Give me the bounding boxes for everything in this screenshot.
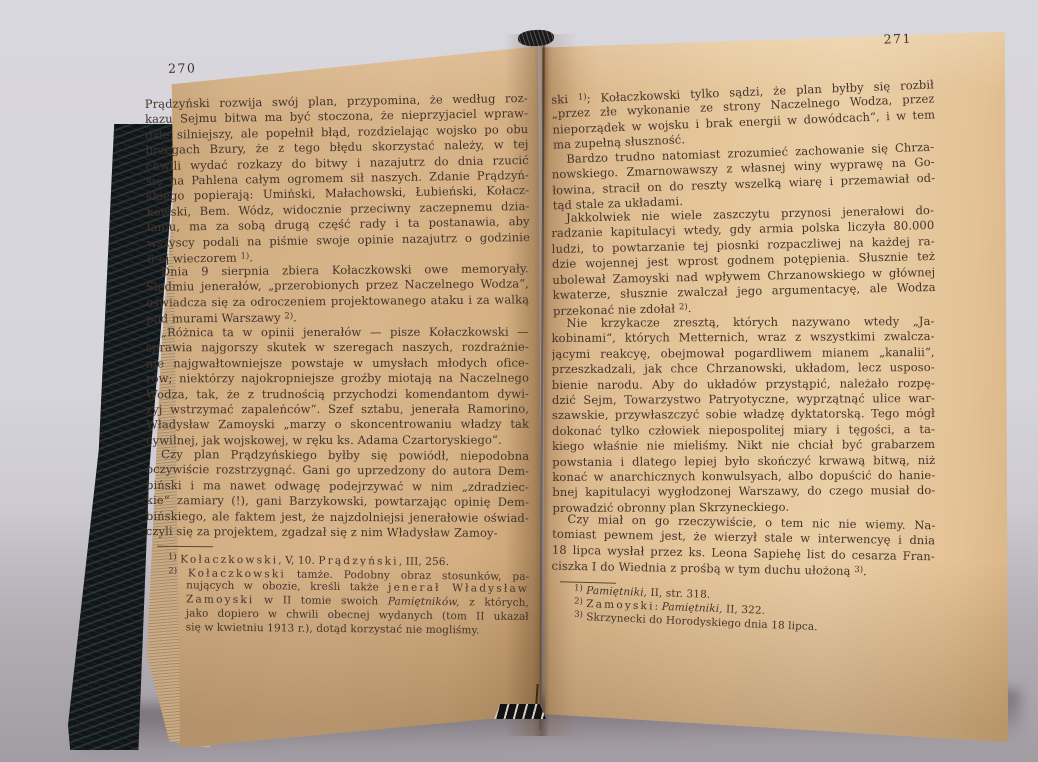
text-line: dzić Sejm, Towarzystwo Patryotyczne, wyp… [552, 391, 935, 408]
footnote-rule [157, 546, 213, 547]
book-photo: 270 Prądzyński rozwija swój plan, przypo… [0, 0, 1038, 762]
text-line: Nie krzykacze zresztą, których nazywano … [551, 314, 934, 331]
text-line: przeszkadzali, jak chce Chrzanowski, ukł… [552, 360, 935, 377]
paragraph: Czy miał on go rzeczywiście, o tem nic n… [551, 512, 935, 580]
text-line: czyli się za projektem, zgadzał się z ni… [146, 524, 529, 541]
left-page-text: 270 Prądzyński rozwija swój plan, przypo… [146, 58, 529, 636]
text-line: Wodza, tak, że z trudnością przychodzi k… [146, 386, 529, 402]
paragraph: Czy plan Prądzyńskiego byłby się powiódł… [146, 447, 529, 541]
paragraph: Bardzo trudno natomiast zrozumieć zachow… [551, 139, 936, 213]
text-line: zyj wstrzymać zapaleńców“. Szef sztabu, … [146, 401, 529, 417]
text-line: sprawia najgorszy skutek w szeregach nas… [146, 340, 529, 356]
text-line: bienie narodu. Aby do układów przystąpić… [552, 375, 935, 392]
text-line: pod murami Warszawy 2). [146, 308, 529, 327]
text-line: dokonać tylko człowiek niepospolitej mia… [552, 422, 935, 439]
text-line: nie najgwałtowniejsze powstaje w umysłac… [146, 355, 529, 371]
paragraph: „Różnica ta w opinii jenerałów — pisze K… [146, 325, 529, 449]
text-line: powstania i dlatego lepiej było skończyć… [552, 452, 935, 469]
text-line: jącymi reakcyę, obejmował pogardliwem mi… [552, 345, 935, 362]
text-line: konać w anarchicznych konwulsyach, albo … [552, 468, 935, 485]
paragraph: Jakkolwiek nie wiele zaszczytu przynosi … [551, 203, 936, 319]
headband-bottom [494, 704, 546, 719]
text-line: bnej kapitulacyi wygłodzonej Warszawy, d… [552, 483, 935, 500]
text-line: rów; niektórzy najokropniejsze groźby mi… [146, 371, 529, 387]
paragraph: Nie krzykacze zresztą, których nazywano … [551, 314, 935, 516]
right-page-text: 271 ski 1); Kołaczkowski tylko sądzi, że… [552, 36, 935, 629]
text-line: „Różnica ta w opinii jenerałów — pisze K… [146, 325, 529, 341]
text-line: kiego właśnie nie mieliśmy. Nikt nie chc… [552, 437, 935, 454]
text-line: szawskie, przywłaszczyć sobie władzę dyk… [552, 406, 935, 423]
text-line: Władysław Zamoyski „marzy o skoncentrowa… [146, 417, 529, 433]
page-number-left: 270 [168, 55, 529, 77]
paragraph: Dnia 9 sierpnia zbiera Kołaczkowski owe … [146, 262, 530, 327]
text-line: kobinami“, których Metternich, wraz z ws… [552, 329, 935, 346]
left-page-blocks: Prądzyński rozwija swój plan, przypomina… [146, 94, 529, 636]
text-line: się w kwietniu 1913 r.), dotąd korzystać… [146, 620, 529, 638]
paragraph: Prądzyński rozwija swój plan, przypomina… [145, 91, 531, 266]
right-page-blocks: ski 1); Kołaczkowski tylko sądzi, że pla… [552, 84, 935, 629]
text-line: cywilnej, jak wojskowej, w ręku ks. Adam… [146, 432, 529, 448]
footnote: 2) Kołaczkowski tamże. Podobny obraz sto… [146, 564, 530, 638]
